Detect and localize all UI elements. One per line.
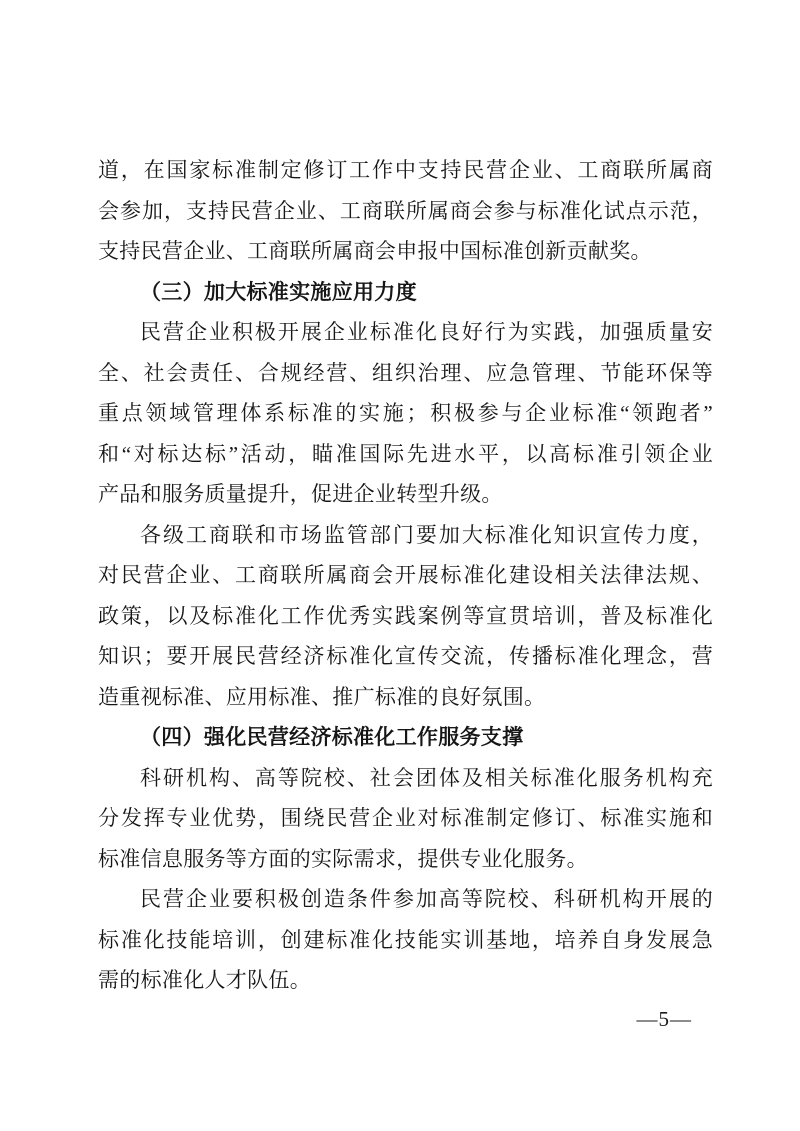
text-line: 会参加，支持民营企业、工商联所属商会参与标准化试点示范， — [98, 191, 713, 232]
document-page: 道，在国家标准制定修订工作中支持民营企业、工商联所属商 会参加，支持民营企业、工… — [0, 0, 800, 1131]
document-body: 道，在国家标准制定修订工作中支持民营企业、工商联所属商 会参加，支持民营企业、工… — [98, 150, 713, 1001]
section-heading-4: （四）强化民营经济标准化工作服务支撑 — [98, 717, 713, 758]
text-line: 分发挥专业优势，围绕民营企业对标准制定修订、标准实施和 — [98, 798, 713, 839]
paragraph-continuation: 道，在国家标准制定修订工作中支持民营企业、工商联所属商 会参加，支持民营企业、工… — [98, 150, 713, 272]
page-number: —5— — [637, 1004, 693, 1034]
text-line: 造重视标准、应用标准、推广标准的良好氛围。 — [98, 677, 713, 718]
text-line: 政策，以及标准化工作优秀实践案例等宣贯培训，普及标准化 — [98, 596, 713, 637]
text-line: 各级工商联和市场监管部门要加大标准化知识宣传力度， — [98, 515, 713, 556]
text-line: 需的标准化人才队伍。 — [98, 960, 713, 1001]
text-line: 民营企业要积极创造条件参加高等院校、科研机构开展的 — [98, 879, 713, 920]
text-line: 支持民营企业、工商联所属商会申报中国标准创新贡献奖。 — [98, 231, 713, 272]
text-line: 对民营企业、工商联所属商会开展标准化建设相关法律法规、 — [98, 555, 713, 596]
paragraph-body: 各级工商联和市场监管部门要加大标准化知识宣传力度， 对民营企业、工商联所属商会开… — [98, 515, 713, 718]
paragraph-body: 科研机构、高等院校、社会团体及相关标准化服务机构充 分发挥专业优势，围绕民营企业… — [98, 758, 713, 880]
text-line: 科研机构、高等院校、社会团体及相关标准化服务机构充 — [98, 758, 713, 799]
text-line: 标准化技能培训，创建标准化技能实训基地，培养自身发展急 — [98, 920, 713, 961]
text-line: 全、社会责任、合规经营、组织治理、应急管理、节能环保等 — [98, 353, 713, 394]
text-line: 道，在国家标准制定修订工作中支持民营企业、工商联所属商 — [98, 150, 713, 191]
paragraph-body: 民营企业积极开展企业标准化良好行为实践，加强质量安 全、社会责任、合规经营、组织… — [98, 312, 713, 515]
heading-line: （四）强化民营经济标准化工作服务支撑 — [98, 717, 713, 758]
text-line: 产品和服务质量提升，促进企业转型升级。 — [98, 474, 713, 515]
paragraph-body: 民营企业要积极创造条件参加高等院校、科研机构开展的 标准化技能培训，创建标准化技… — [98, 879, 713, 1001]
heading-line: （三）加大标准实施应用力度 — [98, 272, 713, 313]
text-line: 重点领域管理体系标准的实施；积极参与企业标准“领跑者” — [98, 393, 713, 434]
text-line: 知识；要开展民营经济标准化宣传交流，传播标准化理念，营 — [98, 636, 713, 677]
text-line: 标准信息服务等方面的实际需求，提供专业化服务。 — [98, 839, 713, 880]
text-line: 民营企业积极开展企业标准化良好行为实践，加强质量安 — [98, 312, 713, 353]
text-line: 和“对标达标”活动，瞄准国际先进水平，以高标准引领企业 — [98, 434, 713, 475]
section-heading-3: （三）加大标准实施应用力度 — [98, 272, 713, 313]
